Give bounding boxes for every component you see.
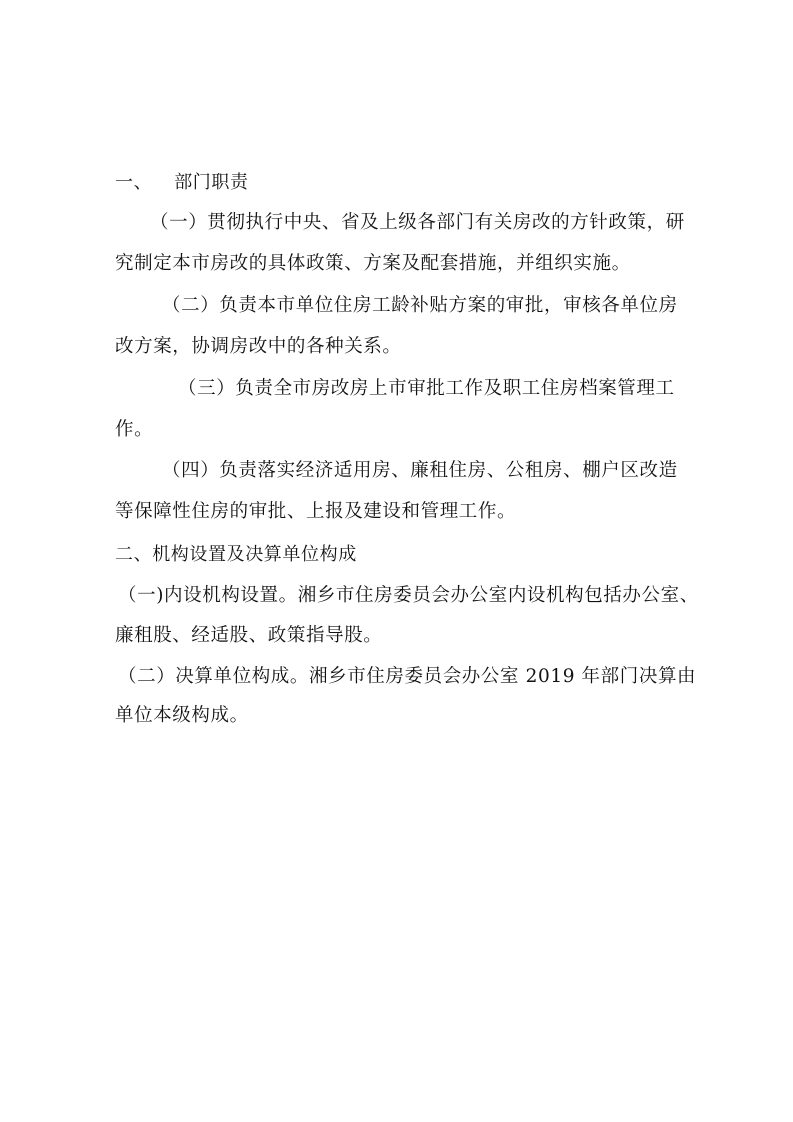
paragraph-line: （四）负责落实经济适用房、廉租住房、公租房、棚户区改造 [162,459,678,483]
paragraph-line: （二）决算单位构成。湘乡市住房委员会办公室 2019 年部门决算由 [118,665,696,689]
paragraph-line: 改方案，协调房改中的各种关系。 [115,335,402,359]
section1-heading: 一、部门职责 [115,171,249,195]
section1-title: 部门职责 [174,172,248,193]
paragraph-line: 等保障性住房的审批、上报及建设和管理工作。 [115,500,516,524]
paragraph-line: 单位本级构成。 [115,704,249,728]
section2-heading: 二、机构设置及决算单位构成 [115,543,357,567]
section1-number: 一、 [115,172,152,193]
paragraph-line: 作。 [115,418,153,442]
paragraph-line: （三）负责全市房改房上市审批工作及职工住房档案管理工 [178,377,675,401]
paragraph-line: （一)内设机构设置。湘乡市住房委员会办公室内设机构包括办公室、 [118,584,699,608]
paragraph-line: 究制定本市房改的具体政策、方案及配套措施，并组织实施。 [115,252,631,276]
paragraph-line: （一）贯彻执行中央、省及上级各部门有关房改的方针政策，研 [150,211,685,235]
paragraph-line: （二）负责本市单位住房工龄补贴方案的审批，审核各单位房 [162,294,678,318]
paragraph-line: 廉租股、经适股、政策指导股。 [115,624,382,648]
